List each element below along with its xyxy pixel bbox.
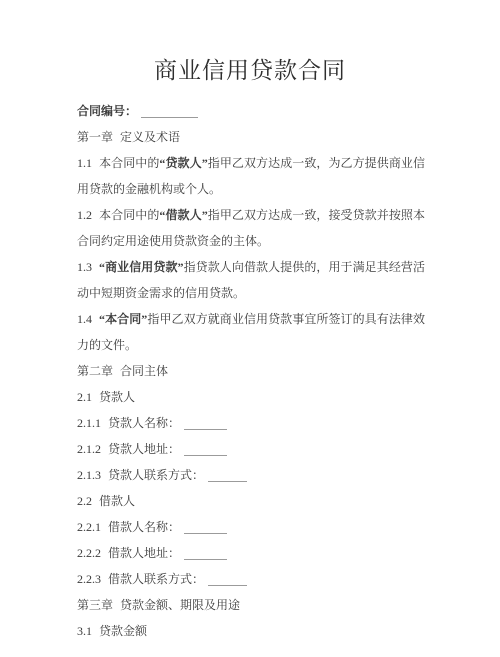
chapter-3-heading: 第三章贷款金额、期限及用途 <box>77 592 425 618</box>
field-blank <box>184 417 227 430</box>
clause-number: 1.3 <box>77 260 92 274</box>
field-lender-name: 2.1.1贷款人名称： <box>77 410 425 436</box>
clause-number: 1.2 <box>77 208 92 222</box>
subsection-title: 贷款金额 <box>99 624 147 638</box>
subsection-2-1: 2.1贷款人 <box>77 384 425 410</box>
defined-term: “本合同” <box>99 312 147 326</box>
subsection-number: 2.2 <box>77 494 92 508</box>
chapter-3-title: 贷款金额、期限及用途 <box>120 598 240 612</box>
chapter-1-heading: 第一章定义及术语 <box>77 124 425 150</box>
clause-text: 本合同中的 <box>99 156 159 170</box>
chapter-2-title: 合同主体 <box>120 364 168 378</box>
subsection-2-2: 2.2借款人 <box>77 488 425 514</box>
subsection-title: 借款人 <box>99 494 135 508</box>
chapter-2-heading: 第二章合同主体 <box>77 358 425 384</box>
field-number: 2.1.2 <box>77 442 101 456</box>
field-blank <box>184 547 227 560</box>
field-blank <box>208 573 247 586</box>
chapter-3-number: 第三章 <box>77 598 113 612</box>
clause-1-4: 1.4“本合同”指甲乙双方就商业信用贷款事宜所签订的具有法律效力的文件。 <box>77 306 425 358</box>
contract-number-line: 合同编号： <box>77 98 425 124</box>
contract-number-blank <box>141 105 198 118</box>
defined-term: “贷款人” <box>159 156 207 170</box>
document-body: 合同编号： 第一章定义及术语 1.1本合同中的“贷款人”指甲乙双方达成一致，为乙… <box>77 98 425 644</box>
field-label: 借款人名称： <box>108 520 180 534</box>
field-label: 借款人地址： <box>108 546 180 560</box>
field-blank <box>208 469 247 482</box>
field-lender-contact: 2.1.3贷款人联系方式： <box>77 462 425 488</box>
chapter-2-number: 第二章 <box>77 364 113 378</box>
clause-text: 本合同中的 <box>99 208 159 222</box>
subsection-number: 3.1 <box>77 624 92 638</box>
field-number: 2.1.3 <box>77 468 101 482</box>
clause-number: 1.4 <box>77 312 92 326</box>
field-label: 借款人联系方式： <box>108 572 204 586</box>
field-borrower-name: 2.2.1借款人名称： <box>77 514 425 540</box>
field-number: 2.2.1 <box>77 520 101 534</box>
defined-term: “借款人” <box>159 208 207 222</box>
field-label: 贷款人地址： <box>108 442 180 456</box>
field-number: 2.1.1 <box>77 416 101 430</box>
subsection-number: 2.1 <box>77 390 92 404</box>
contract-number-label: 合同编号： <box>77 104 137 118</box>
defined-term: “商业信用贷款” <box>99 260 184 274</box>
chapter-1-number: 第一章 <box>77 130 113 144</box>
clause-1-3: 1.3“商业信用贷款”指贷款人向借款人提供的，用于满足其经营活动中短期资金需求的… <box>77 254 425 306</box>
clause-1-2: 1.2本合同中的“借款人”指甲乙双方达成一致，接受贷款并按照本合同约定用途使用贷… <box>77 202 425 254</box>
clause-1-1: 1.1本合同中的“贷款人”指甲乙双方达成一致，为乙方提供商业信用贷款的金融机构或… <box>77 150 425 202</box>
subsection-3-1: 3.1贷款金额 <box>77 618 425 644</box>
field-label: 贷款人联系方式： <box>108 468 204 482</box>
clause-number: 1.1 <box>77 156 92 170</box>
document-title: 商业信用贷款合同 <box>0 56 500 86</box>
field-blank <box>184 443 227 456</box>
subsection-title: 贷款人 <box>99 390 135 404</box>
field-borrower-address: 2.2.2借款人地址： <box>77 540 425 566</box>
field-number: 2.2.2 <box>77 546 101 560</box>
contract-document-page: 商业信用贷款合同 合同编号： 第一章定义及术语 1.1本合同中的“贷款人”指甲乙… <box>0 0 500 657</box>
field-borrower-contact: 2.2.3借款人联系方式： <box>77 566 425 592</box>
field-number: 2.2.3 <box>77 572 101 586</box>
field-lender-address: 2.1.2贷款人地址： <box>77 436 425 462</box>
field-blank <box>184 521 227 534</box>
chapter-1-title: 定义及术语 <box>120 130 180 144</box>
field-label: 贷款人名称： <box>108 416 180 430</box>
